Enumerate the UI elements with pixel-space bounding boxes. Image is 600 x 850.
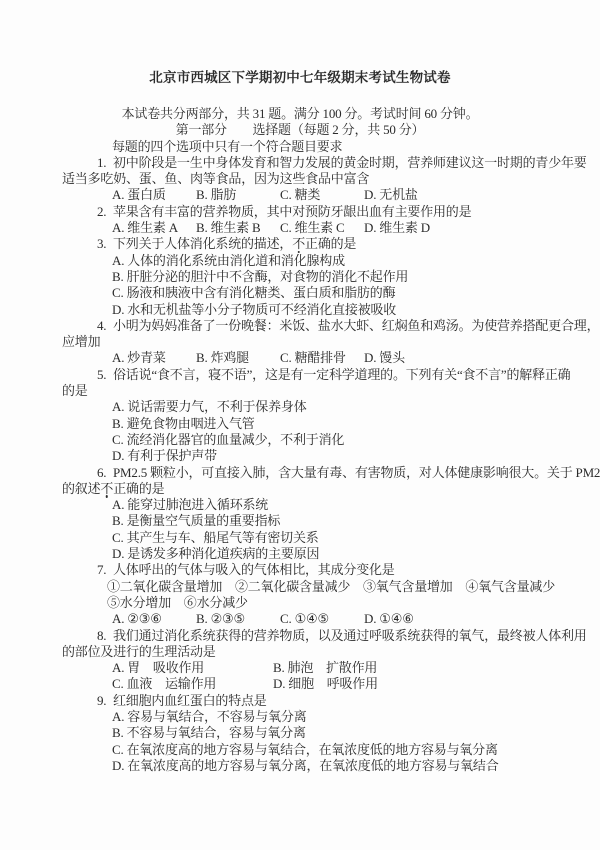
question-1: 1.初中阶段是一生中身体发育和智力发展的黄金时期，营养师建议这一时期的青少年要 … bbox=[62, 155, 600, 204]
option-a: A. 蛋白质 bbox=[112, 187, 196, 203]
question-stem-line: 3.下列关于人体消化系统的描述，不正确的是 bbox=[62, 236, 600, 252]
question-number: 9. bbox=[97, 693, 113, 709]
options-row: A. 炒青菜 B. 炸鸡腿 C. 糖醋排骨 D. 馒头 bbox=[62, 350, 600, 366]
option-b: B. 维生素 B bbox=[196, 220, 280, 236]
question-2: 2.苹果含有丰富的营养物质，其中对预防牙龈出血有主要作用的是 A. 维生素 A … bbox=[62, 204, 600, 237]
option-b: B. 不容易与氧结合，容易与氧分离 bbox=[62, 725, 600, 741]
page-title: 北京市西城区下学期初中七年级期末考试生物试卷 bbox=[0, 0, 600, 86]
question-6: 6.PM2.5 颗粒小，可直接入肺，含大量有毒、有害物质，对人体健康影响很大。关… bbox=[62, 465, 600, 563]
option-c: C. 糖醋排骨 bbox=[280, 350, 364, 366]
question-stem-line: 的是 bbox=[62, 383, 600, 399]
question-stem-line: 8.我们通过消化系统获得的营养物质，以及通过呼吸系统获得的氧气，最终被人体利用 bbox=[62, 628, 600, 644]
option-a: A. 容易与氧结合，不容易与氧分离 bbox=[62, 709, 600, 725]
question-stem-text: 初中阶段是一生中身体发育和智力发展的黄金时期，营养师建议这一时期的青少年要 bbox=[113, 155, 587, 170]
option-b: B. ②③⑤ bbox=[196, 611, 280, 627]
question-stem-line: 4.小明为妈妈准备了一份晚餐：米饭、盐水大虾、红焖鱼和鸡汤。为使营养搭配更合理， bbox=[62, 318, 600, 334]
exam-body: 本试卷共分两部分，共 31 题。满分 100 分。考试时间 60 分钟。 第一部… bbox=[0, 106, 600, 774]
question-stem-line: 的部位及进行的生理活动是 bbox=[62, 644, 600, 660]
numbered-items-line: ⑤水分增加 ⑥水分减少 bbox=[62, 595, 600, 611]
question-stem-text: 正确的是 bbox=[305, 236, 356, 251]
option-c: C. 在氧浓度高的地方容易与氧结合，在氧浓度低的地方容易与氧分离 bbox=[62, 742, 600, 758]
option-b: B. 肺泡 扩散作用 bbox=[273, 660, 377, 676]
option-b: B. 脂肪 bbox=[196, 187, 280, 203]
question-number: 3. bbox=[97, 236, 113, 252]
option-a: A. 说话需要力气，不利于保养身体 bbox=[62, 399, 600, 415]
option-a: A. 维生素 A bbox=[112, 220, 196, 236]
question-number: 4. bbox=[97, 318, 113, 334]
option-b: B. 是衡量空气质量的重要指标 bbox=[62, 513, 600, 529]
option-d: D. 有利于保护声带 bbox=[62, 448, 600, 464]
option-a: A. ②③⑥ bbox=[112, 611, 196, 627]
question-9: 9.红细胞内血红蛋白的特点是 A. 容易与氧结合，不容易与氧分离 B. 不容易与… bbox=[62, 693, 600, 774]
options-row: A. 蛋白质 B. 脂肪 C. 糖类 D. 无机盐 bbox=[62, 187, 600, 203]
option-d: D. 细胞 呼吸作用 bbox=[273, 676, 378, 692]
numbered-items-line: ①二氧化碳含量增加 ②二氧化碳含量减少 ③氧气含量增加 ④氧气含量减少 bbox=[62, 579, 600, 595]
question-stem-line: 2.苹果含有丰富的营养物质，其中对预防牙龈出血有主要作用的是 bbox=[62, 204, 600, 220]
option-d: D. ①④⑥ bbox=[364, 611, 414, 627]
options-row: A. 维生素 A B. 维生素 B C. 维生素 C D. 维生素 D bbox=[62, 220, 600, 236]
question-3: 3.下列关于人体消化系统的描述，不正确的是 A. 人体的消化系统由消化道和消化腺… bbox=[62, 236, 600, 317]
option-d: D. 馒头 bbox=[364, 350, 405, 366]
option-a: A. 胃 吸收作用 bbox=[112, 660, 273, 676]
option-d: D. 水和无机盐等小分子物质可不经消化直接被吸收 bbox=[62, 302, 600, 318]
options-row: A. ②③⑥ B. ②③⑤ C. ①④⑤ D. ①④⑥ bbox=[62, 611, 600, 627]
option-c: C. 流经消化器官的血量减少，不利于消化 bbox=[62, 432, 600, 448]
option-b: B. 肝脏分泌的胆汁中不含酶，对食物的消化不起作用 bbox=[62, 269, 600, 285]
question-stem-line: 应增加 bbox=[62, 334, 600, 350]
option-a: A. 能穿过肺泡进入循环系统 bbox=[62, 497, 600, 513]
question-stem-line: 1.初中阶段是一生中身体发育和智力发展的黄金时期，营养师建议这一时期的青少年要 bbox=[62, 155, 600, 171]
exam-page: 北京市西城区下学期初中七年级期末考试生物试卷 本试卷共分两部分，共 31 题。满… bbox=[0, 0, 600, 850]
question-stem-line: 6.PM2.5 颗粒小，可直接入肺，含大量有毒、有害物质，对人体健康影响很大。关… bbox=[62, 465, 600, 481]
option-d: D. 维生素 D bbox=[364, 220, 430, 236]
question-stem-text: 下列关于人体消化系统的描述， bbox=[113, 236, 292, 251]
exam-info-line: 本试卷共分两部分，共 31 题。满分 100 分。考试时间 60 分钟。 bbox=[0, 106, 600, 122]
question-4: 4.小明为妈妈准备了一份晚餐：米饭、盐水大虾、红焖鱼和鸡汤。为使营养搭配更合理，… bbox=[62, 318, 600, 367]
option-c: C. 肠液和胰液中含有消化糖类、蛋白质和脂肪的酶 bbox=[62, 285, 600, 301]
option-a: A. 炒青菜 bbox=[112, 350, 196, 366]
option-d: D. 无机盐 bbox=[364, 187, 418, 203]
question-stem-text: PM2.5 颗粒小，可直接入肺，含大量有毒、有害物质，对人体健康影响很大。关于 … bbox=[113, 465, 600, 480]
instruction-line: 每题的四个选项中只有一个符合题目要求 bbox=[62, 139, 600, 155]
question-stem-text: 正确的是 bbox=[113, 481, 164, 496]
question-7: 7.人体呼出的气体与吸入的气体相比，其成分变化是 ①二氧化碳含量增加 ②二氧化碳… bbox=[62, 562, 600, 627]
question-stem-text: 俗话说“食不言，寝不语”，这是有一定科学道理的。下列有关“食不言”的解释正确 bbox=[113, 367, 570, 382]
question-stem-text: 红细胞内血红蛋白的特点是 bbox=[113, 693, 267, 708]
question-stem-text: 小明为妈妈准备了一份晚餐：米饭、盐水大虾、红焖鱼和鸡汤。为使营养搭配更合理， bbox=[113, 318, 599, 333]
question-number: 6. bbox=[97, 465, 113, 481]
question-stem-text: 我们通过消化系统获得的营养物质，以及通过呼吸系统获得的氧气，最终被人体利用 bbox=[113, 628, 587, 643]
question-number: 1. bbox=[97, 155, 113, 171]
option-b: B. 避免食物由咽进入气管 bbox=[62, 416, 600, 432]
option-b: B. 炸鸡腿 bbox=[196, 350, 280, 366]
options-row: C. 血液 运输作用 D. 细胞 呼吸作用 bbox=[62, 676, 600, 692]
question-number: 8. bbox=[97, 628, 113, 644]
question-stem-text: 人体呼出的气体与吸入的气体相比，其成分变化是 bbox=[113, 562, 395, 577]
option-c: C. 糖类 bbox=[280, 187, 364, 203]
option-c: C. 血液 运输作用 bbox=[112, 676, 273, 692]
question-stem-line: 7.人体呼出的气体与吸入的气体相比，其成分变化是 bbox=[62, 562, 600, 578]
option-c: C. 其产生与车、船尾气等有密切关系 bbox=[62, 530, 600, 546]
question-stem-line: 9.红细胞内血红蛋白的特点是 bbox=[62, 693, 600, 709]
options-row: A. 胃 吸收作用 B. 肺泡 扩散作用 bbox=[62, 660, 600, 676]
option-d: D. 在氧浓度高的地方容易与氧分离，在氧浓度低的地方容易与氧结合 bbox=[62, 758, 600, 774]
option-a: A. 人体的消化系统由消化道和消化腺构成 bbox=[62, 253, 600, 269]
question-stem-text: 苹果含有丰富的营养物质，其中对预防牙龈出血有主要作用的是 bbox=[113, 204, 471, 219]
question-stem-line: 适当多吃奶、蛋、鱼、肉等食品，因为这些食品中富含 bbox=[62, 171, 600, 187]
question-number: 7. bbox=[97, 562, 113, 578]
question-number: 5. bbox=[97, 367, 113, 383]
emphasized-char: 不 bbox=[100, 481, 113, 496]
question-number: 2. bbox=[97, 204, 113, 220]
question-stem-line: 5.俗话说“食不言，寝不语”，这是有一定科学道理的。下列有关“食不言”的解释正确 bbox=[62, 367, 600, 383]
option-d: D. 是诱发多种消化道疾病的主要原因 bbox=[62, 546, 600, 562]
option-c: C. ①④⑤ bbox=[280, 611, 364, 627]
section-heading: 第一部分 选择题（每题 2 分，共 50 分） bbox=[0, 122, 600, 138]
option-c: C. 维生素 C bbox=[280, 220, 364, 236]
question-stem-text: 的叙述 bbox=[62, 481, 100, 496]
question-8: 8.我们通过消化系统获得的营养物质，以及通过呼吸系统获得的氧气，最终被人体利用 … bbox=[62, 628, 600, 693]
question-5: 5.俗话说“食不言，寝不语”，这是有一定科学道理的。下列有关“食不言”的解释正确… bbox=[62, 367, 600, 465]
question-stem-line: 的叙述不正确的是 bbox=[62, 481, 600, 497]
emphasized-char: 不 bbox=[292, 236, 305, 251]
